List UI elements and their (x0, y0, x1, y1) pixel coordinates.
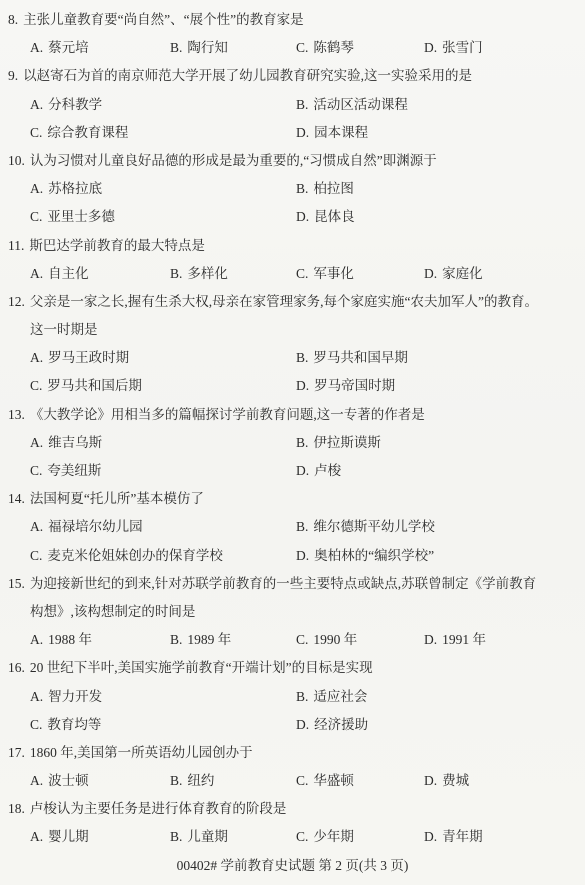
option-label: D. (424, 773, 437, 788)
question-15-stem: 15.为迎接新世纪的到来,针对苏联学前教育的一些主要特点或缺点,苏联曾制定《学前… (0, 570, 585, 598)
option-text: 园本课程 (314, 125, 368, 140)
option-text: 陶行知 (187, 40, 228, 55)
option-label: C. (296, 773, 308, 788)
question-10-option-row: C.亚里士多德D.昆体良 (0, 203, 585, 231)
option-label: B. (170, 773, 182, 788)
option-text: 综合教育课程 (47, 125, 128, 140)
question-15-option-D: D.1991 年 (424, 626, 486, 654)
option-text: 亚里士多德 (47, 209, 115, 224)
question-stem-text: 卢梭认为主要任务是进行体育教育的阶段是 (30, 801, 287, 816)
option-text: 张雪门 (442, 40, 483, 55)
question-13-option-D: D.卢梭 (296, 457, 341, 485)
option-text: 苏格拉底 (48, 181, 102, 196)
question-18-option-C: C.少年期 (296, 823, 354, 851)
question-9-option-C: C.综合教育课程 (30, 119, 128, 147)
option-label: C. (296, 40, 308, 55)
option-label: A. (30, 350, 43, 365)
question-11-option-D: D.家庭化 (424, 260, 483, 288)
option-label: B. (296, 519, 308, 534)
option-text: 罗马共和国后期 (47, 378, 142, 393)
question-stem-text: 1860 年,美国第一所英语幼儿园创办于 (30, 745, 253, 760)
question-number: 10. (8, 153, 25, 168)
question-14-stem: 14.法国柯夏“托儿所”基本模仿了 (0, 485, 585, 513)
option-text: 活动区活动课程 (313, 97, 408, 112)
question-8-option-C: C.陈鹤琴 (296, 34, 354, 62)
question-number: 9. (8, 68, 18, 83)
option-label: B. (296, 97, 308, 112)
question-17-stem: 17.1860 年,美国第一所英语幼儿园创办于 (0, 739, 585, 767)
question-8-option-B: B.陶行知 (170, 34, 228, 62)
question-18-option-B: B.儿童期 (170, 823, 228, 851)
option-text: 柏拉图 (313, 181, 354, 196)
option-text: 福禄培尔幼儿园 (48, 519, 143, 534)
question-15-option-A: A.1988 年 (30, 626, 92, 654)
question-number: 13. (8, 407, 25, 422)
question-14-option-row: A.福禄培尔幼儿园B.维尔德斯平幼儿学校 (0, 513, 585, 541)
exam-page: 8.主张儿童教育要“尚自然”、“展个性”的教育家是A.蔡元培B.陶行知C.陈鹤琴… (0, 0, 585, 885)
option-label: C. (296, 632, 308, 647)
question-16-stem: 16.20 世纪下半叶,美国实施学前教育“开端计划”的目标是实现 (0, 654, 585, 682)
option-label: C. (30, 548, 42, 563)
option-text: 分科教学 (48, 97, 102, 112)
question-14-option-A: A.福禄培尔幼儿园 (30, 513, 143, 541)
question-stem-text: 《大教学论》用相当多的篇幅探讨学前教育问题,这一专著的作者是 (30, 407, 425, 422)
question-16-option-A: A.智力开发 (30, 683, 102, 711)
option-label: C. (30, 717, 42, 732)
option-text: 婴儿期 (48, 829, 89, 844)
question-18-stem: 18.卢梭认为主要任务是进行体育教育的阶段是 (0, 795, 585, 823)
option-text: 罗马共和国早期 (313, 350, 408, 365)
option-label: A. (30, 266, 43, 281)
question-9-stem: 9.以赵寄石为首的南京师范大学开展了幼儿园教育研究实验,这一实验采用的是 (0, 62, 585, 90)
question-number: 12. (8, 294, 25, 309)
question-15-option-B: B.1989 年 (170, 626, 231, 654)
option-label: B. (296, 350, 308, 365)
option-label: C. (30, 209, 42, 224)
question-13-option-row: C.夸美纽斯D.卢梭 (0, 457, 585, 485)
option-text: 适应社会 (313, 689, 367, 704)
question-14-option-B: B.维尔德斯平幼儿学校 (296, 513, 435, 541)
question-15-option-row: A.1988 年B.1989 年C.1990 年D.1991 年 (0, 626, 585, 654)
option-label: B. (296, 435, 308, 450)
option-text: 自主化 (48, 266, 89, 281)
option-text: 青年期 (442, 829, 483, 844)
option-text: 智力开发 (48, 689, 102, 704)
option-label: A. (30, 435, 43, 450)
question-stem-text: 斯巴达学前教育的最大特点是 (29, 238, 205, 253)
question-number: 18. (8, 801, 25, 816)
question-8-option-A: A.蔡元培 (30, 34, 89, 62)
option-label: C. (30, 378, 42, 393)
option-label: C. (296, 829, 308, 844)
question-stem-text: 20 世纪下半叶,美国实施学前教育“开端计划”的目标是实现 (30, 660, 373, 675)
question-17-option-B: B.纽约 (170, 767, 214, 795)
option-label: B. (170, 632, 182, 647)
option-text: 维尔德斯平幼儿学校 (313, 519, 435, 534)
option-text: 费城 (442, 773, 469, 788)
option-label: D. (424, 40, 437, 55)
option-label: A. (30, 519, 43, 534)
option-label: B. (296, 689, 308, 704)
question-stem-text: 为迎接新世纪的到来,针对苏联学前教育的一些主要特点或缺点,苏联曾制定《学前教育 (30, 576, 536, 591)
option-text: 纽约 (187, 773, 214, 788)
question-13-option-A: A.维吉乌斯 (30, 429, 102, 457)
option-label: C. (296, 266, 308, 281)
question-number: 8. (8, 12, 18, 27)
option-label: A. (30, 632, 43, 647)
question-12-option-row: C.罗马共和国后期D.罗马帝国时期 (0, 372, 585, 400)
option-label: B. (296, 181, 308, 196)
question-stem-text: 法国柯夏“托儿所”基本模仿了 (30, 491, 204, 506)
question-stem-text: 父亲是一家之长,握有生杀大权,母亲在家管理家务,每个家庭实施“农夫加军人”的教育… (30, 294, 538, 309)
question-15-stem-continued: 构想》,该构想制定的时间是 (0, 598, 585, 626)
option-label: A. (30, 181, 43, 196)
option-text: 夸美纽斯 (47, 463, 101, 478)
question-14-option-row: C.麦克米伦姐妹创办的保育学校D.奥柏林的“编织学校” (0, 542, 585, 570)
option-label: A. (30, 829, 43, 844)
option-text: 1988 年 (48, 632, 92, 647)
question-13-option-B: B.伊拉斯谟斯 (296, 429, 381, 457)
question-11-option-B: B.多样化 (170, 260, 228, 288)
option-label: D. (296, 209, 309, 224)
question-16-option-row: A.智力开发B.适应社会 (0, 683, 585, 711)
question-stem-text: 构想》,该构想制定的时间是 (30, 604, 195, 619)
option-label: A. (30, 689, 43, 704)
question-11-stem: 11.斯巴达学前教育的最大特点是 (0, 232, 585, 260)
option-text: 1989 年 (187, 632, 231, 647)
option-label: D. (296, 125, 309, 140)
question-12-option-row: A.罗马王政时期B.罗马共和国早期 (0, 344, 585, 372)
question-18-option-D: D.青年期 (424, 823, 483, 851)
question-number: 11. (8, 238, 24, 253)
option-text: 少年期 (313, 829, 354, 844)
question-stem-text: 主张儿童教育要“尚自然”、“展个性”的教育家是 (23, 12, 303, 27)
option-text: 1990 年 (313, 632, 357, 647)
question-18-option-row: A.婴儿期B.儿童期C.少年期D.青年期 (0, 823, 585, 851)
option-label: C. (30, 125, 42, 140)
question-10-option-D: D.昆体良 (296, 203, 355, 231)
question-11-option-row: A.自主化B.多样化C.军事化D.家庭化 (0, 260, 585, 288)
question-stem-text: 认为习惯对儿童良好品德的形成是最为重要的,“习惯成自然”即渊源于 (30, 153, 437, 168)
question-16-option-D: D.经济援助 (296, 711, 368, 739)
option-label: D. (296, 463, 309, 478)
question-16-option-row: C.教育均等D.经济援助 (0, 711, 585, 739)
option-label: D. (424, 632, 437, 647)
question-12-option-A: A.罗马王政时期 (30, 344, 129, 372)
question-11-option-A: A.自主化 (30, 260, 89, 288)
option-text: 伊拉斯谟斯 (313, 435, 381, 450)
question-16-option-C: C.教育均等 (30, 711, 101, 739)
question-17-option-row: A.波士顿B.纽约C.华盛顿D.费城 (0, 767, 585, 795)
question-stem-text: 以赵寄石为首的南京师范大学开展了幼儿园教育研究实验,这一实验采用的是 (23, 68, 472, 83)
option-label: B. (170, 829, 182, 844)
question-number: 15. (8, 576, 25, 591)
option-text: 家庭化 (442, 266, 483, 281)
option-text: 卢梭 (314, 463, 341, 478)
option-text: 蔡元培 (48, 40, 89, 55)
question-10-option-B: B.柏拉图 (296, 175, 354, 203)
option-text: 经济援助 (314, 717, 368, 732)
question-9-option-D: D.园本课程 (296, 119, 368, 147)
question-18-option-A: A.婴儿期 (30, 823, 89, 851)
option-label: D. (424, 266, 437, 281)
question-number: 14. (8, 491, 25, 506)
option-label: D. (296, 548, 309, 563)
option-text: 教育均等 (47, 717, 101, 732)
option-text: 奥柏林的“编织学校” (314, 548, 434, 563)
question-11-option-C: C.军事化 (296, 260, 354, 288)
question-14-option-D: D.奥柏林的“编织学校” (296, 542, 434, 570)
option-text: 昆体良 (314, 209, 355, 224)
question-8-stem: 8.主张儿童教育要“尚自然”、“展个性”的教育家是 (0, 6, 585, 34)
question-12-option-B: B.罗马共和国早期 (296, 344, 408, 372)
question-10-option-row: A.苏格拉底B.柏拉图 (0, 175, 585, 203)
option-label: D. (424, 829, 437, 844)
page-footer: 00402# 学前教育史试题 第 2 页(共 3 页) (0, 852, 585, 880)
option-text: 罗马王政时期 (48, 350, 129, 365)
question-9-option-row: A.分科教学B.活动区活动课程 (0, 91, 585, 119)
option-label: B. (170, 40, 182, 55)
question-17-option-A: A.波士顿 (30, 767, 89, 795)
question-15-option-C: C.1990 年 (296, 626, 357, 654)
question-13-option-C: C.夸美纽斯 (30, 457, 101, 485)
question-10-option-C: C.亚里士多德 (30, 203, 115, 231)
question-12-option-C: C.罗马共和国后期 (30, 372, 142, 400)
question-12-option-D: D.罗马帝国时期 (296, 372, 395, 400)
question-10-stem: 10.认为习惯对儿童良好品德的形成是最为重要的,“习惯成自然”即渊源于 (0, 147, 585, 175)
question-9-option-B: B.活动区活动课程 (296, 91, 408, 119)
question-14-option-C: C.麦克米伦姐妹创办的保育学校 (30, 542, 223, 570)
question-13-option-row: A.维吉乌斯B.伊拉斯谟斯 (0, 429, 585, 457)
question-10-option-A: A.苏格拉底 (30, 175, 102, 203)
option-label: A. (30, 40, 43, 55)
question-13-stem: 13.《大教学论》用相当多的篇幅探讨学前教育问题,这一专著的作者是 (0, 401, 585, 429)
question-list: 8.主张儿童教育要“尚自然”、“展个性”的教育家是A.蔡元培B.陶行知C.陈鹤琴… (0, 6, 585, 852)
question-16-option-B: B.适应社会 (296, 683, 367, 711)
option-label: A. (30, 97, 43, 112)
option-label: C. (30, 463, 42, 478)
option-text: 罗马帝国时期 (314, 378, 395, 393)
option-label: D. (296, 717, 309, 732)
option-label: A. (30, 773, 43, 788)
question-17-option-D: D.费城 (424, 767, 469, 795)
question-12-stem-continued: 这一时期是 (0, 316, 585, 344)
question-9-option-row: C.综合教育课程D.园本课程 (0, 119, 585, 147)
option-text: 儿童期 (187, 829, 228, 844)
question-stem-text: 这一时期是 (30, 322, 98, 337)
question-9-option-A: A.分科教学 (30, 91, 102, 119)
option-text: 陈鹤琴 (313, 40, 354, 55)
question-number: 16. (8, 660, 25, 675)
option-text: 多样化 (187, 266, 228, 281)
option-label: B. (170, 266, 182, 281)
question-8-option-row: A.蔡元培B.陶行知C.陈鹤琴D.张雪门 (0, 34, 585, 62)
option-label: D. (296, 378, 309, 393)
option-text: 华盛顿 (313, 773, 354, 788)
option-text: 1991 年 (442, 632, 486, 647)
option-text: 维吉乌斯 (48, 435, 102, 450)
option-text: 军事化 (313, 266, 354, 281)
question-12-stem: 12.父亲是一家之长,握有生杀大权,母亲在家管理家务,每个家庭实施“农夫加军人”… (0, 288, 585, 316)
question-17-option-C: C.华盛顿 (296, 767, 354, 795)
option-text: 波士顿 (48, 773, 89, 788)
question-number: 17. (8, 745, 25, 760)
option-text: 麦克米伦姐妹创办的保育学校 (47, 548, 223, 563)
question-8-option-D: D.张雪门 (424, 34, 483, 62)
